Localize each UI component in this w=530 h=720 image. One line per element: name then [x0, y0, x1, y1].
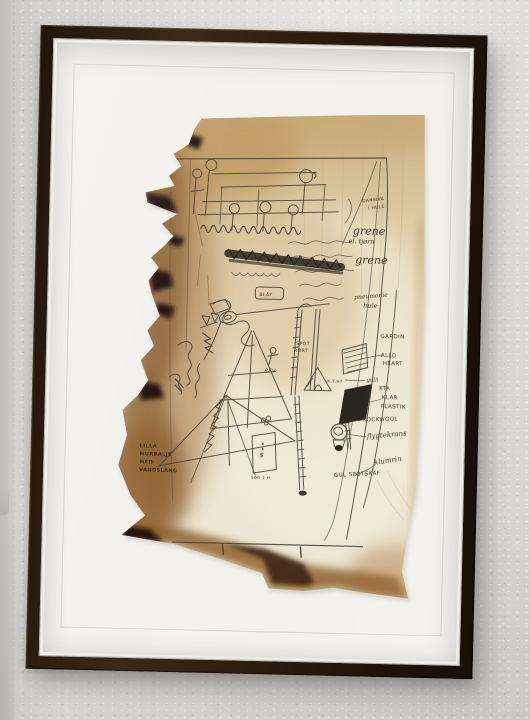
annotation-el-tjorn: el. tjørn: [349, 237, 375, 246]
annotation-gul5: gul5: [366, 378, 379, 384]
picture-frame: DANSIVA I HULE grene el. tjørn grene pne…: [25, 25, 487, 679]
annotation-measure: 500 1 H.: [251, 475, 272, 480]
annotation-dollar: $: [259, 451, 263, 459]
mat-and-glass: DANSIVA I HULE grene el. tjørn grene pne…: [39, 38, 474, 666]
annotation-kth: K.T.H?: [327, 379, 342, 384]
annotation-allo: ALLO: [381, 353, 397, 359]
annotation-plastik: PLASTIK: [381, 404, 406, 411]
annotation-vandslang: VANDSLANG: [139, 467, 177, 474]
annotation-rev: REV: [264, 368, 276, 374]
annotation-lilla: LILLA: [140, 443, 157, 449]
annotation-hule: hule: [363, 302, 378, 310]
annotation-grene-2: grene: [355, 253, 388, 267]
annotation-spot: SPOT: [296, 341, 310, 347]
burnt-sketch-artwork: DANSIVA I HULE grene el. tjørn grene pne…: [43, 42, 471, 659]
annotation-murbalje: MURBALJE: [139, 451, 172, 458]
annotation-klar: KLAR: [382, 395, 398, 401]
annotation-heart: HEART: [383, 361, 404, 367]
annotation-med: MED: [139, 459, 153, 465]
annotation-grene-1: grene: [353, 224, 386, 238]
annotation-gardin: GARDIN: [380, 334, 404, 341]
annotation-kta: KTA: [379, 386, 390, 392]
annotation-rockwool: ROCKWOOL: [362, 416, 398, 423]
